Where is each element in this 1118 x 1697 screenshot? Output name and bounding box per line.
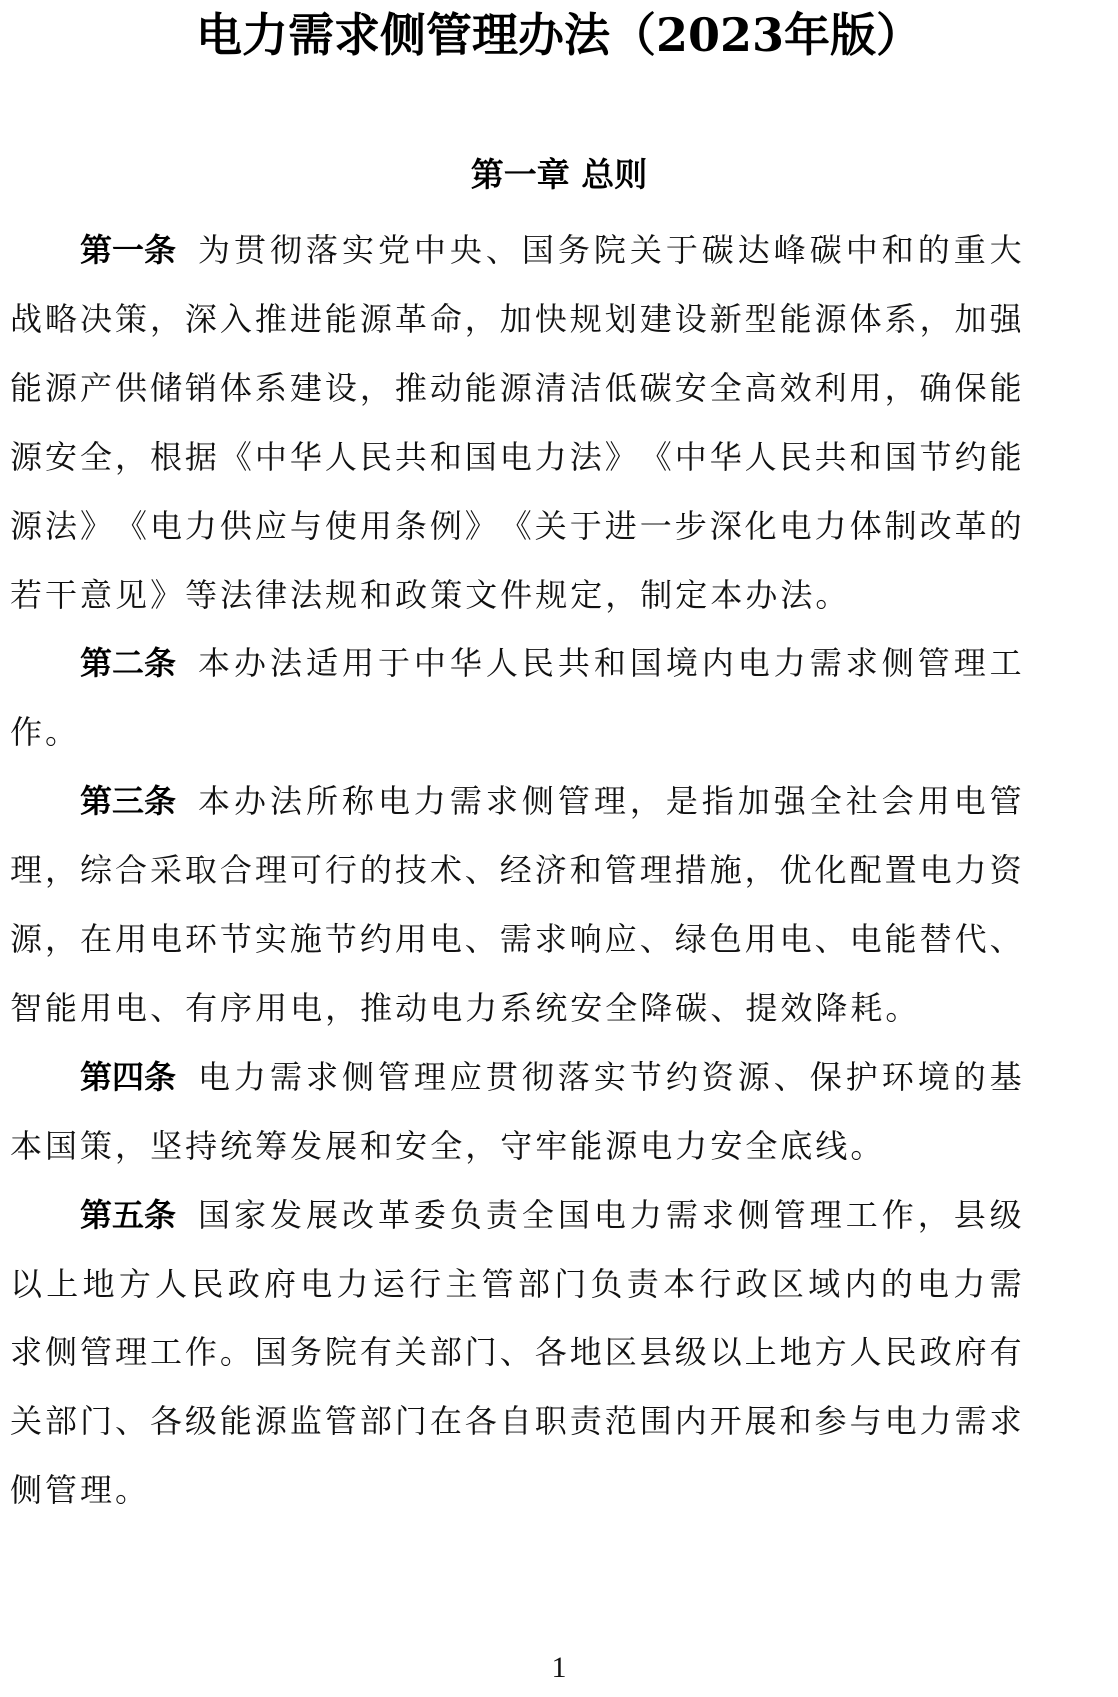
article-line: 第三条本办法所称电力需求侧管理，是指加强全社会用电管: [80, 777, 1022, 825]
article-line: 求侧管理工作。国务院有关部门、各地区县级以上地方人民政府有: [10, 1328, 1022, 1376]
article-line: 作。: [10, 708, 1022, 756]
article-line: 本国策，坚持统筹发展和安全，守牢能源电力安全底线。: [10, 1122, 1022, 1170]
chapter-heading: 第一章 总则: [0, 150, 1118, 200]
article-line: 侧管理。: [10, 1466, 1022, 1514]
article-line: 智能用电、有序用电，推动电力系统安全降碳、提效降耗。: [10, 984, 1022, 1032]
article-line: 若干意见》等法律法规和政策文件规定，制定本办法。: [10, 571, 1022, 619]
article-line: 第一条为贯彻落实党中央、国务院关于碳达峰碳中和的重大: [80, 226, 1022, 274]
article-line: 第五条国家发展改革委负责全国电力需求侧管理工作，县级: [80, 1191, 1022, 1239]
article-line: 源法》《电力供应与使用条例》《关于进一步深化电力体制改革的: [10, 502, 1022, 550]
article-label: 第二条: [80, 639, 176, 687]
article-line: 能源产供储销体系建设，推动能源清洁低碳安全高效利用，确保能: [10, 364, 1022, 412]
article-label: 第四条: [80, 1053, 176, 1101]
document-title: 电力需求侧管理办法（2023年版）: [0, 2, 1118, 68]
article-label: 第三条: [80, 777, 176, 825]
article-line: 源，在用电环节实施节约用电、需求响应、绿色用电、电能替代、: [10, 915, 1022, 963]
article-line: 理，综合采取合理可行的技术、经济和管理措施，优化配置电力资: [10, 846, 1022, 894]
article-line: 第二条本办法适用于中华人民共和国境内电力需求侧管理工: [80, 639, 1022, 687]
article-line: 源安全，根据《中华人民共和国电力法》《中华人民共和国节约能: [10, 433, 1022, 481]
article-line: 战略决策，深入推进能源革命，加快规划建设新型能源体系，加强: [10, 295, 1022, 343]
article-line: 以上地方人民政府电力运行主管部门负责本行政区域内的电力需: [10, 1260, 1022, 1308]
page-number: 1: [0, 1648, 1118, 1688]
article-line: 关部门、各级能源监管部门在各自职责范围内开展和参与电力需求: [10, 1397, 1022, 1445]
article-label: 第一条: [80, 226, 176, 274]
article-line: 第四条电力需求侧管理应贯彻落实节约资源、保护环境的基: [80, 1053, 1022, 1101]
article-label: 第五条: [80, 1191, 176, 1239]
